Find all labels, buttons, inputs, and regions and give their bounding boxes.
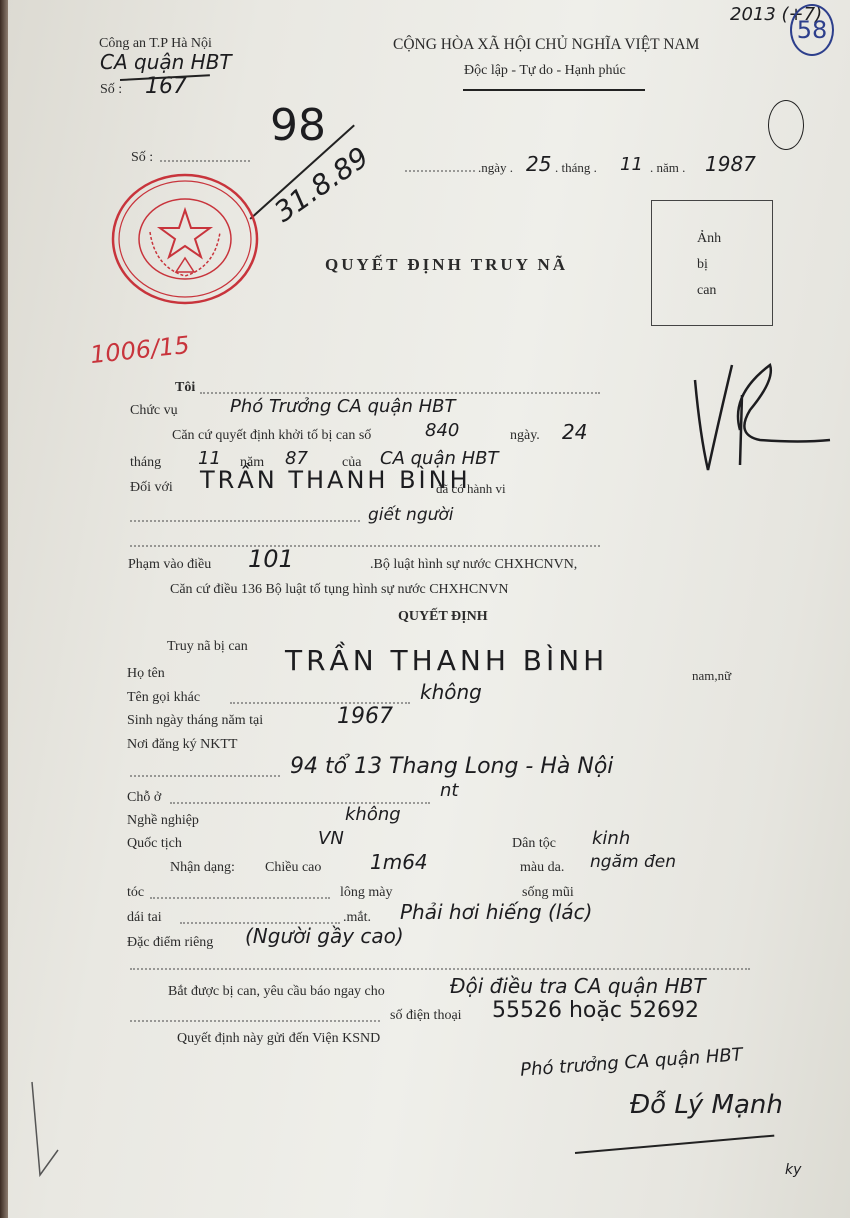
- dac-diem-label: Đặc điểm riêng: [127, 935, 213, 951]
- signature: Đỗ Lý Mạnh: [630, 1090, 783, 1120]
- photo-label-line2: bị: [697, 257, 708, 273]
- dotted-line: [130, 545, 600, 547]
- corner-circle-number: 58: [790, 4, 834, 56]
- gui-label: Quyết định này gửi đến Viện KSND: [177, 1031, 380, 1047]
- dotted-line: [130, 775, 280, 777]
- national-motto: Độc lập - Tự do - Hạnh phúc: [464, 63, 626, 79]
- country-name: CỘNG HÒA XÃ HỘI CHỦ NGHĨA VIỆT NAM: [393, 36, 699, 54]
- suspect-photo-box: Ảnh bị can: [651, 200, 773, 326]
- can-cu-ngay-label: ngày.: [510, 428, 540, 444]
- bo-luat-text: .Bộ luật hình sự nước CHXHCNVN,: [370, 557, 577, 573]
- date-month: 11: [620, 154, 643, 175]
- hanh-vi-value: giết người: [368, 505, 454, 525]
- mat-value: Phải hơi hiếng (lác): [400, 900, 592, 924]
- document-title: QUYẾT ĐỊNH TRUY NÃ: [325, 255, 568, 275]
- song-mui-label: sống mũi: [522, 885, 574, 901]
- dotted-line: [405, 170, 475, 172]
- dan-toc-label: Dân tộc: [512, 836, 556, 852]
- sinh-label: Sinh ngày tháng năm tại: [127, 713, 263, 729]
- sinh-value: 1967: [337, 704, 393, 729]
- photo-label-line3: can: [697, 283, 716, 299]
- pham-dieu-label: Phạm vào điều: [128, 557, 211, 573]
- bat-duoc-value: Đội điều tra CA quận HBT: [450, 974, 706, 998]
- chieu-cao-value: 1m64: [370, 850, 428, 874]
- can-cu-ngay: 24: [562, 420, 587, 444]
- mau-da-label: màu da.: [520, 860, 564, 876]
- motto-underline: [463, 89, 645, 91]
- pham-dieu-value: 101: [248, 545, 294, 573]
- ho-ten-label: Họ tên: [127, 666, 165, 682]
- hanh-vi-label: đã có hành vi: [436, 481, 506, 497]
- toc-label: tóc: [127, 885, 144, 901]
- dotted-line: [160, 160, 250, 162]
- thang-label: tháng: [130, 455, 161, 471]
- agency-handwritten: CA quận HBT: [100, 50, 232, 74]
- quoc-tich-label: Quốc tịch: [127, 836, 182, 852]
- signer-title: Phó trưởng CA quận HBT: [520, 1044, 744, 1080]
- dotted-line: [130, 520, 360, 522]
- chuc-vu-value: Phó Trưởng CA quận HBT: [230, 396, 455, 417]
- nktt-label: Nơi đăng ký NKTT: [127, 737, 237, 753]
- doi-voi-value: TRẦN THANH BÌNH: [200, 466, 471, 494]
- red-reference-number: 1006/15: [89, 331, 191, 369]
- photo-label-line1: Ảnh: [697, 231, 721, 247]
- margin-initials-signature: [690, 355, 840, 475]
- date-day-label: .ngày .: [478, 160, 513, 176]
- can-cu-label: Căn cứ quyết định khởi tố bị can số: [172, 428, 371, 444]
- date-year: 1987: [705, 152, 756, 176]
- mau-da-value: ngăm đen: [590, 852, 676, 872]
- cho-o-value: nt: [440, 780, 458, 801]
- ho-ten-value: TRẦN THANH BÌNH: [285, 644, 608, 677]
- long-may-label: lông mày: [340, 885, 393, 901]
- ten-goi-khac-value: không: [420, 680, 482, 704]
- dotted-line: [130, 968, 750, 970]
- gender-label: nam,nữ: [692, 668, 731, 684]
- can-cu-136: Căn cứ điều 136 Bộ luật tố tụng hình sự …: [170, 582, 509, 598]
- dotted-line: [150, 897, 330, 899]
- section-title: QUYẾT ĐỊNH: [398, 609, 488, 625]
- quoc-tich-value: VN: [318, 828, 344, 849]
- chieu-cao-label: Chiều cao: [265, 860, 321, 876]
- margin-pen-stroke: [30, 1080, 70, 1190]
- dac-diem-value: (Người gầy cao): [245, 924, 404, 948]
- nghe-nghiep-label: Nghề nghiệp: [127, 813, 199, 829]
- nhan-dang-label: Nhận dạng:: [170, 860, 235, 876]
- cho-o-label: Chỗ ở: [127, 790, 161, 806]
- nktt-value: 94 tổ 13 Thang Long - Hà Nội: [290, 754, 613, 779]
- date-month-label: . tháng .: [555, 160, 597, 176]
- ten-goi-khac-label: Tên gọi khác: [127, 690, 200, 706]
- nghe-nghiep-value: không: [345, 804, 401, 825]
- bat-duoc-label: Bắt được bị can, yêu cầu báo ngay cho: [168, 984, 385, 1000]
- page-edge: [0, 0, 8, 1218]
- doi-voi-label: Đối với: [130, 480, 173, 496]
- date-year-label: . năm .: [650, 160, 685, 176]
- circled-initials-mark: [768, 100, 804, 150]
- date-day: 25: [526, 152, 551, 176]
- signature-underline: [575, 1135, 774, 1154]
- can-cu-so: 840: [425, 420, 459, 441]
- dotted-line: [200, 392, 600, 394]
- sdt-label: số điện thoại: [390, 1008, 462, 1024]
- official-seal-stamp: [110, 172, 260, 307]
- decision-number-value: 98: [270, 100, 326, 151]
- dan-toc-value: kinh: [592, 828, 630, 849]
- corner-mark: ky: [785, 1162, 801, 1178]
- decision-number-label: Số :: [131, 150, 153, 166]
- sdt-value: 55526 hoặc 52692: [492, 998, 699, 1023]
- toi-label: Tôi: [175, 380, 195, 396]
- dai-tai-label: dái tai: [127, 910, 162, 926]
- chuc-vu-label: Chức vụ: [130, 403, 178, 419]
- truy-na-label: Truy nã bị can: [167, 639, 248, 655]
- dotted-line: [130, 1020, 380, 1022]
- number-label: Số :: [100, 82, 122, 98]
